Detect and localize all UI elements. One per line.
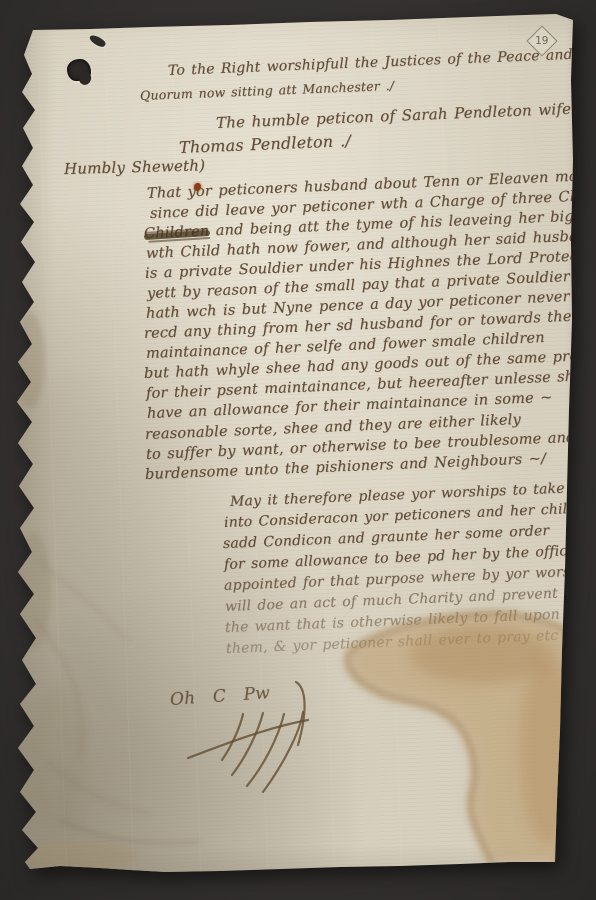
edge-smudge-2 xyxy=(17,532,51,648)
heading-line-4: Thomas Pendleton ./ xyxy=(179,131,352,157)
heading-line-2: Quorum now sitting att Manchester ./ xyxy=(140,78,395,103)
manuscript-paper: 19 To the Right worshipfull the Justices… xyxy=(0,0,596,900)
photo-background: 19 To the Right worshipfull the Justices… xyxy=(0,0,596,900)
crease-line-4 xyxy=(60,820,200,843)
crease-line-1 xyxy=(35,618,82,758)
bottom-left-stain xyxy=(22,840,138,872)
stain-right-band xyxy=(520,655,576,845)
folio-number: 19 xyxy=(535,35,548,47)
crease-line-2 xyxy=(48,762,150,814)
crease-line-3 xyxy=(40,560,128,642)
edge-smudge-1 xyxy=(15,312,45,408)
heading-line-1: To the Right worshipfull the Justices of… xyxy=(168,46,591,79)
water-stain-rim xyxy=(348,614,574,864)
corner-stain xyxy=(555,818,574,864)
paper-fleck xyxy=(88,33,107,49)
paper-shadow: 19 To the Right worshipfull the Justices… xyxy=(0,0,596,900)
water-stain-large xyxy=(348,614,574,864)
signature-initials: Oh C Pw xyxy=(169,683,270,710)
worm-hole xyxy=(67,59,91,81)
heading-line-3: The humble peticon of Sarah Pendleton wi… xyxy=(216,99,593,132)
salutation-line: Humbly Sheweth) xyxy=(64,156,206,178)
edge-smudge-3 xyxy=(27,685,83,835)
